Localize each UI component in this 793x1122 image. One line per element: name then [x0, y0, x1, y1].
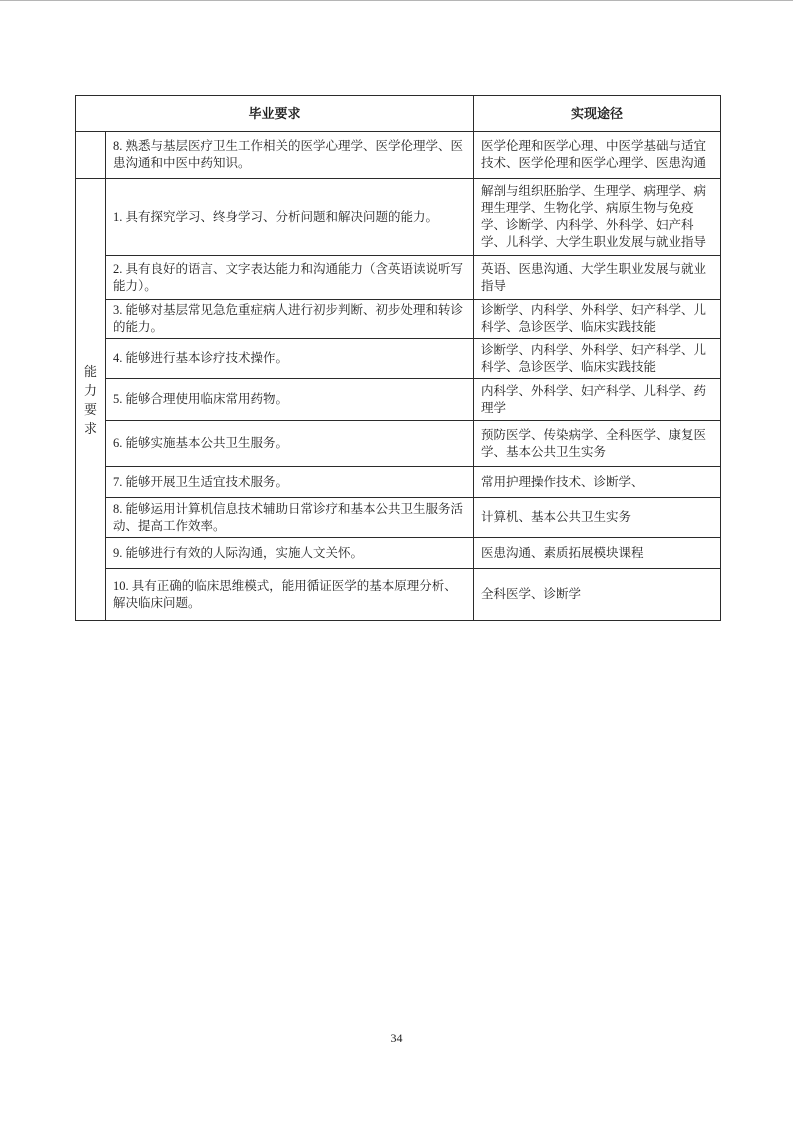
pathway-cell: 诊断学、内科学、外科学、妇产科学、儿科学、急诊医学、临床实践技能	[474, 300, 721, 339]
col-header-requirements: 毕业要求	[76, 96, 474, 132]
table-row: 3. 能够对基层常见急危重症病人进行初步判断、初步处理和转诊的能力。 诊断学、内…	[76, 300, 721, 339]
requirement-cell: 3. 能够对基层常见急危重症病人进行初步判断、初步处理和转诊的能力。	[106, 300, 474, 339]
pathway-cell: 英语、医患沟通、大学生职业发展与就业指导	[474, 256, 721, 300]
requirement-cell: 9. 能够进行有效的人际沟通，实施人文关怀。	[106, 538, 474, 569]
pathway-cell: 预防医学、传染病学、全科医学、康复医学、基本公共卫生实务	[474, 421, 721, 467]
requirement-cell: 8. 熟悉与基层医疗卫生工作相关的医学心理学、医学伦理学、医患沟通和中医中药知识…	[106, 132, 474, 179]
requirement-cell: 2. 具有良好的语言、文字表达能力和沟通能力（含英语读说听写能力）。	[106, 256, 474, 300]
table-header-row: 毕业要求 实现途径	[76, 96, 721, 132]
table-row: 6. 能够实施基本公共卫生服务。 预防医学、传染病学、全科医学、康复医学、基本公…	[76, 421, 721, 467]
pathway-cell: 医学伦理和医学心理、中医学基础与适宜技术、医学伦理和医学心理学、医患沟通	[474, 132, 721, 179]
requirement-cell: 7. 能够开展卫生适宜技术服务。	[106, 467, 474, 498]
table-row: 7. 能够开展卫生适宜技术服务。 常用护理操作技术、诊断学、	[76, 467, 721, 498]
graduation-requirements-table: 毕业要求 实现途径 8. 熟悉与基层医疗卫生工作相关的医学心理学、医学伦理学、医…	[75, 95, 721, 621]
table-row: 5. 能够合理使用临床常用药物。 内科学、外科学、妇产科学、儿科学、药理学	[76, 379, 721, 421]
table-row: 8. 熟悉与基层医疗卫生工作相关的医学心理学、医学伦理学、医患沟通和中医中药知识…	[76, 132, 721, 179]
table-row: 能力要求 1. 具有探究学习、终身学习、分析问题和解决问题的能力。 解剖与组织胚…	[76, 179, 721, 256]
pathway-cell: 常用护理操作技术、诊断学、	[474, 467, 721, 498]
category-cell: 能力要求	[76, 179, 106, 621]
requirement-cell: 8. 能够运用计算机信息技术辅助日常诊疗和基本公共卫生服务活动、提高工作效率。	[106, 498, 474, 538]
table-row: 4. 能够进行基本诊疗技术操作。 诊断学、内科学、外科学、妇产科学、儿科学、急诊…	[76, 339, 721, 379]
pathway-cell: 全科医学、诊断学	[474, 569, 721, 621]
requirement-cell: 6. 能够实施基本公共卫生服务。	[106, 421, 474, 467]
document-page: 毕业要求 实现途径 8. 熟悉与基层医疗卫生工作相关的医学心理学、医学伦理学、医…	[0, 0, 793, 1122]
table-row: 8. 能够运用计算机信息技术辅助日常诊疗和基本公共卫生服务活动、提高工作效率。 …	[76, 498, 721, 538]
pathway-cell: 内科学、外科学、妇产科学、儿科学、药理学	[474, 379, 721, 421]
pathway-cell: 医患沟通、素质拓展模块课程	[474, 538, 721, 569]
requirement-cell: 5. 能够合理使用临床常用药物。	[106, 379, 474, 421]
col-header-pathways: 实现途径	[474, 96, 721, 132]
requirement-cell: 1. 具有探究学习、终身学习、分析问题和解决问题的能力。	[106, 179, 474, 256]
pathway-cell: 计算机、基本公共卫生实务	[474, 498, 721, 538]
category-label: 能力要求	[84, 362, 97, 438]
pathway-cell: 解剖与组织胚胎学、生理学、病理学、病理生理学、生物化学、病原生物与免疫学、诊断学…	[474, 179, 721, 256]
requirement-cell: 4. 能够进行基本诊疗技术操作。	[106, 339, 474, 379]
requirement-cell: 10. 具有正确的临床思维模式，能用循证医学的基本原理分析、解决临床问题。	[106, 569, 474, 621]
empty-category-cell	[76, 132, 106, 179]
pathway-cell: 诊断学、内科学、外科学、妇产科学、儿科学、急诊医学、临床实践技能	[474, 339, 721, 379]
page-number: 34	[0, 1031, 793, 1046]
table-row: 9. 能够进行有效的人际沟通，实施人文关怀。 医患沟通、素质拓展模块课程	[76, 538, 721, 569]
table-row: 2. 具有良好的语言、文字表达能力和沟通能力（含英语读说听写能力）。 英语、医患…	[76, 256, 721, 300]
table-row: 10. 具有正确的临床思维模式，能用循证医学的基本原理分析、解决临床问题。 全科…	[76, 569, 721, 621]
